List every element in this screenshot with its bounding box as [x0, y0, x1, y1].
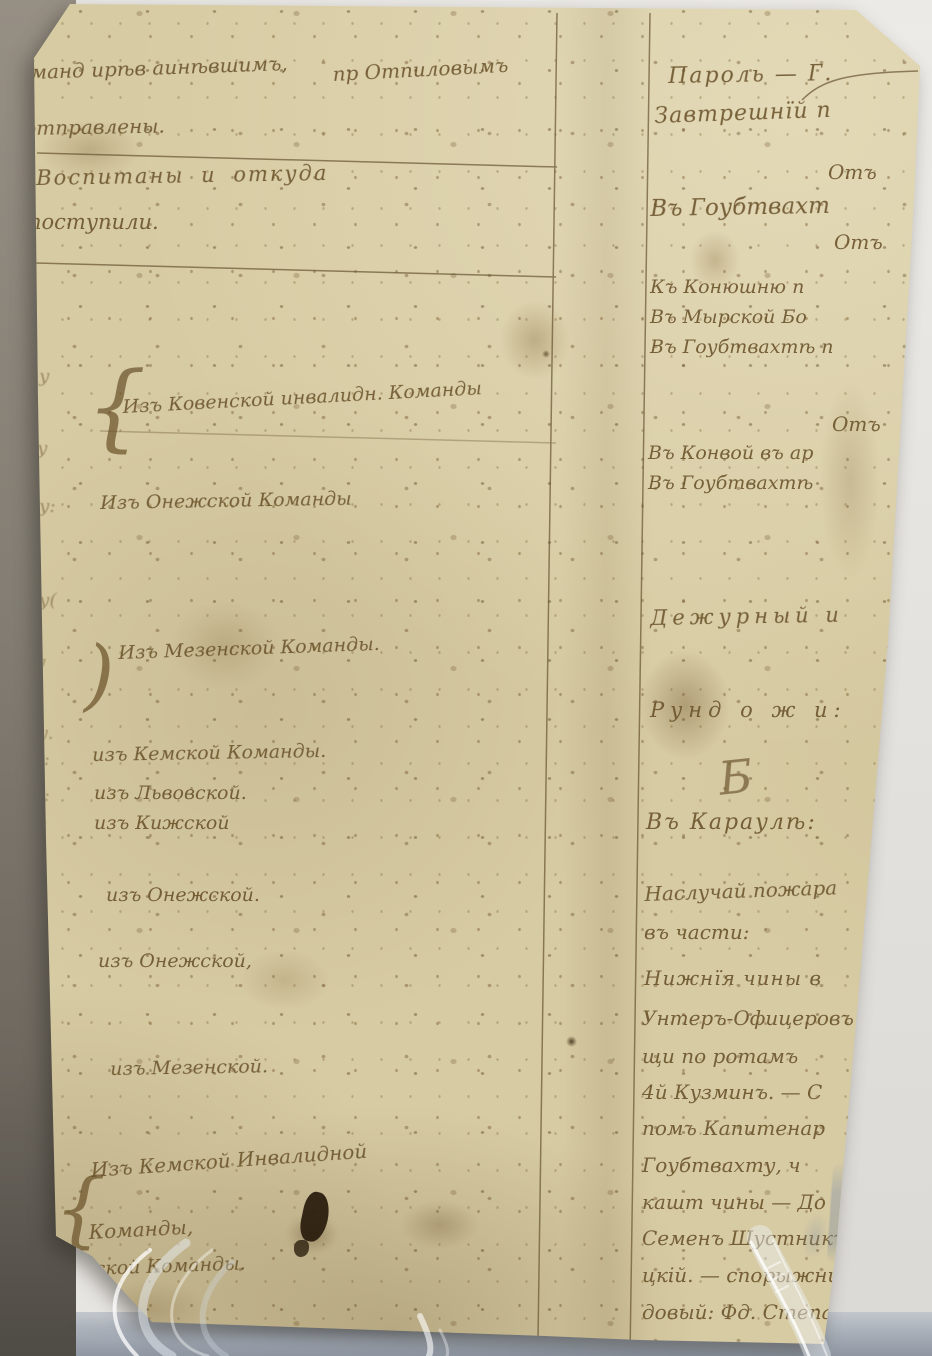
acrylic-stand — [0, 0, 932, 1356]
